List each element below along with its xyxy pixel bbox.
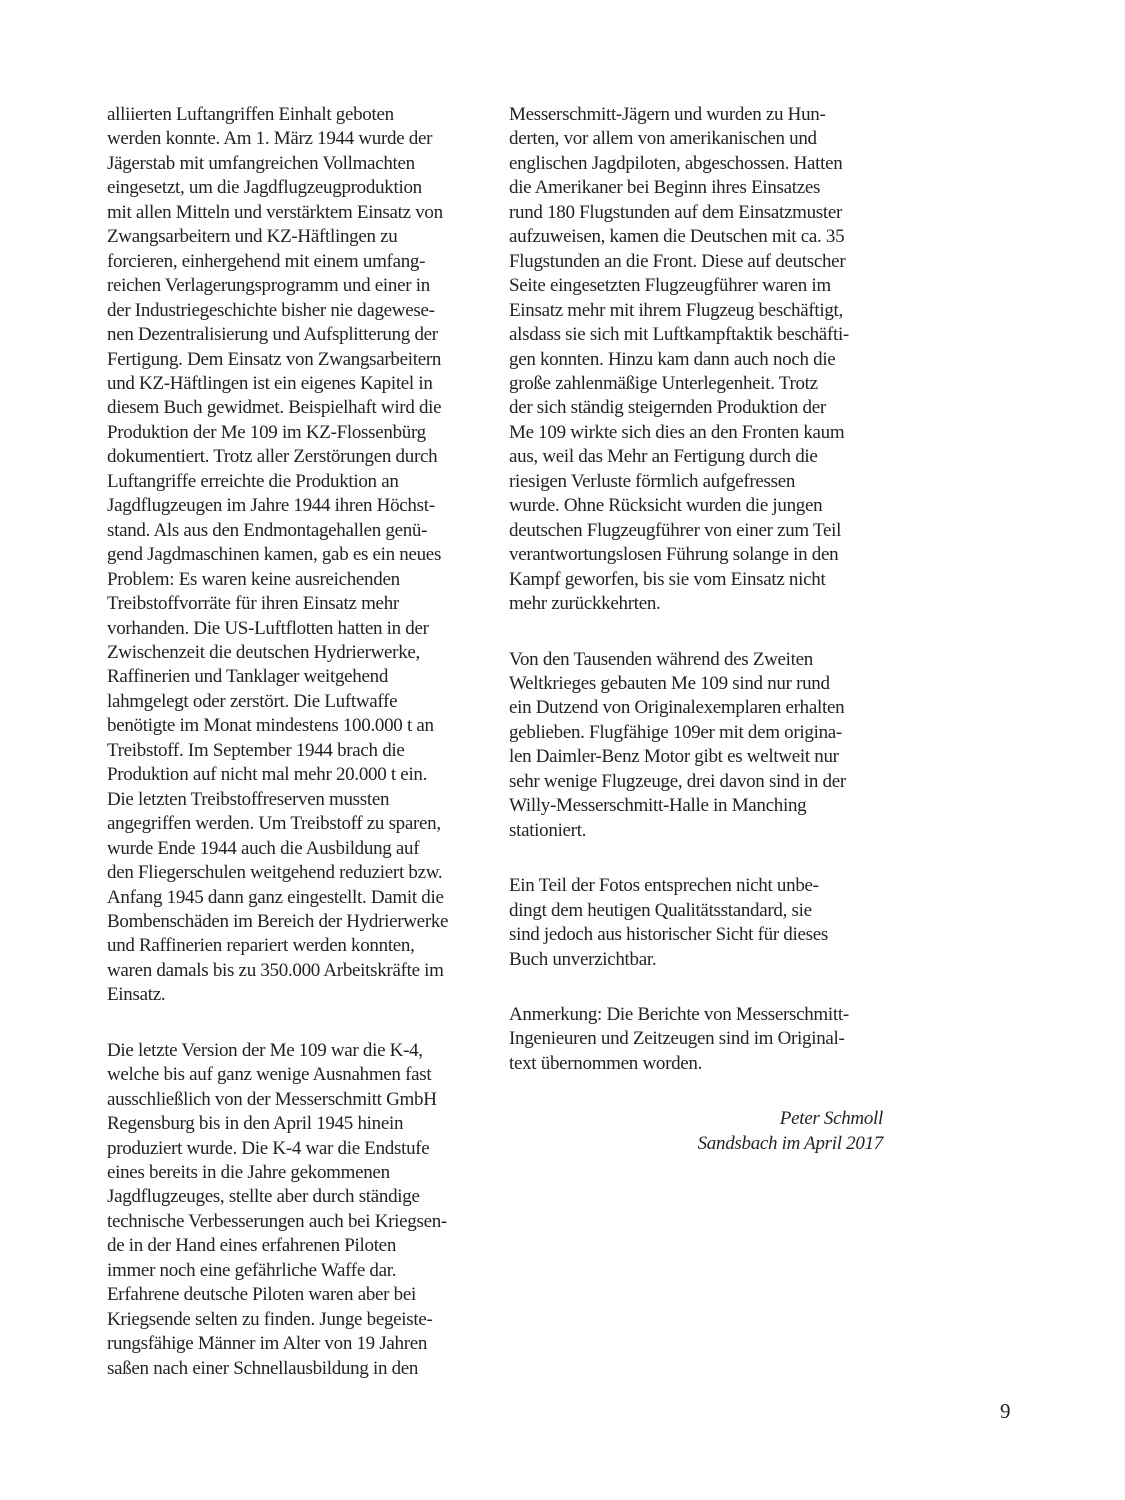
left-paragraph-1: alliierten Luftangriffen Einhalt geboten… [107,103,489,1008]
right-paragraph-3: Ein Teil der Fotos entsprechen nicht unb… [509,874,883,972]
left-column: alliierten Luftangriffen Einhalt geboten… [107,103,489,1412]
right-paragraph-4: Anmerkung: Die Berichte von Messerschmit… [509,1003,883,1076]
page-number: 9 [1000,1399,1011,1423]
right-paragraph-2: Von den Tausenden während des Zweiten We… [509,648,883,844]
book-page: alliierten Luftangriffen Einhalt geboten… [0,0,1125,1500]
author-signature: Peter Schmoll Sandsbach im April 2017 [509,1107,883,1156]
left-paragraph-2: Die letzte Version der Me 109 war die K-… [107,1039,489,1381]
right-paragraph-1: Messerschmitt-Jägern und wurden zu Hun- … [509,103,883,617]
right-column: Messerschmitt-Jägern und wurden zu Hun- … [509,103,883,1156]
